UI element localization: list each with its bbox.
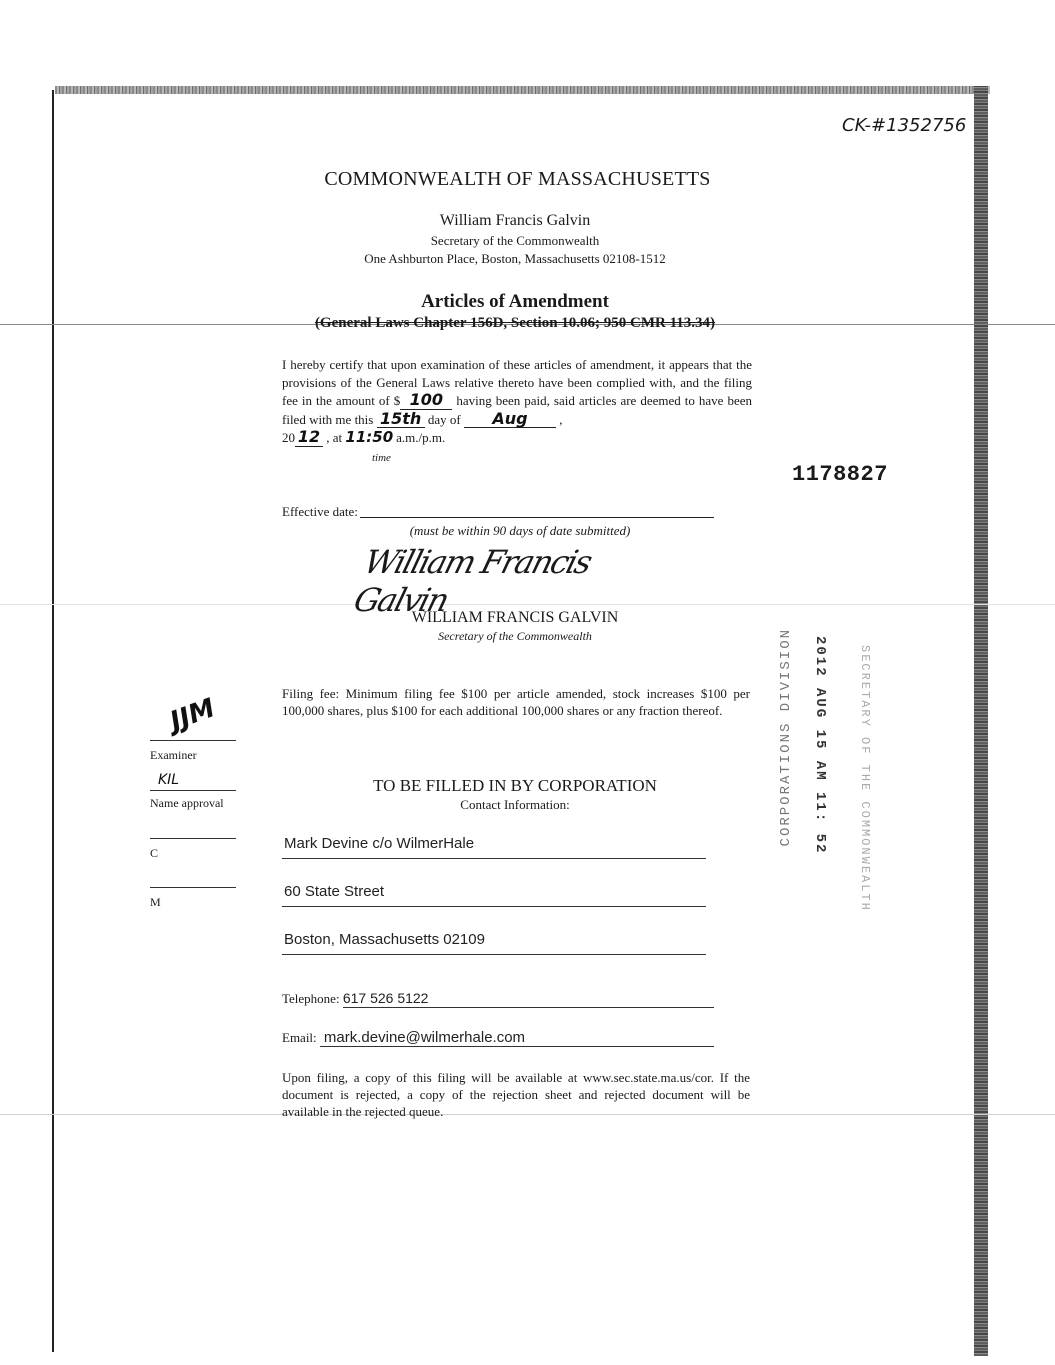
name-approval-label: Name approval [150, 796, 224, 811]
name-approval-initials: KIL [158, 772, 179, 788]
contact-info-label: Contact Information: [300, 797, 730, 813]
m-line[interactable] [150, 887, 236, 888]
city-state-zip-field[interactable]: Boston, Massachusetts 02109 [284, 931, 485, 948]
am-pm-label: a.m./p.m. [396, 430, 445, 445]
received-stamp-division: CORPORATIONS DIVISION [778, 628, 794, 846]
form-title: Articles of Amendment [300, 291, 730, 313]
effective-date-field[interactable] [360, 517, 714, 518]
effective-date-note: (must be within 90 days of date submitte… [330, 523, 710, 539]
contact-name-field[interactable]: Mark Devine c/o WilmerHale [284, 835, 474, 852]
m-label: M [150, 895, 161, 910]
street-field[interactable]: 60 State Street [284, 883, 384, 900]
filing-fee-note: Filing fee: Minimum filing fee $100 per … [282, 685, 750, 719]
email-field[interactable]: mark.devine@wilmerhale.com [324, 1029, 525, 1046]
scan-border-left [52, 90, 54, 1352]
fee-amount-field[interactable]: 100 [400, 391, 452, 410]
document-title: COMMONWEALTH OF MASSACHUSETTS [200, 168, 835, 191]
month-field[interactable]: Aug [464, 410, 556, 429]
cert-text: day of [425, 412, 464, 427]
secretary-title: Secretary of the Commonwealth [300, 233, 730, 249]
filing-availability-note: Upon filing, a copy of this filing will … [282, 1069, 750, 1120]
year-field[interactable]: 12 [295, 428, 323, 447]
cert-text: , at [323, 430, 345, 445]
examiner-line[interactable] [150, 740, 236, 741]
telephone-row: Telephone: 617 526 5122 [282, 990, 428, 1007]
email-label: Email: [282, 1030, 317, 1045]
examiner-initials: JJM [166, 693, 219, 737]
street-line [282, 906, 706, 907]
c-line[interactable] [150, 838, 236, 839]
scan-border-top [55, 86, 990, 94]
certification-paragraph: I hereby certify that upon examination o… [282, 356, 752, 447]
year-prefix: 20 [282, 430, 295, 445]
telephone-line [343, 1007, 714, 1008]
examiner-label: Examiner [150, 748, 197, 763]
received-stamp-datetime: 2012 AUG 15 AM 11: 52 [812, 636, 828, 854]
form-subtitle: (General Laws Chapter 156D, Section 10.0… [250, 315, 780, 332]
signer-title: Secretary of the Commonwealth [300, 629, 730, 644]
filing-number-stamp: 1178827 [792, 462, 888, 487]
effective-date-label: Effective date: [282, 504, 358, 520]
received-stamp-secretary: SECRETARY OF THE COMMONWEALTH [858, 645, 872, 912]
handwritten-case-note: CK-#1352756 [842, 115, 966, 136]
time-label: time [372, 452, 391, 464]
name-approval-line[interactable] [150, 790, 236, 791]
email-line [320, 1046, 714, 1047]
handwritten-signature: William Francis Galvin [350, 543, 660, 619]
office-address: One Ashburton Place, Boston, Massachuset… [300, 251, 730, 267]
corporation-heading: TO BE FILLED IN BY CORPORATION [300, 776, 730, 796]
c-label: C [150, 846, 158, 861]
secretary-name: William Francis Galvin [300, 212, 730, 230]
signer-name: WILLIAM FRANCIS GALVIN [300, 609, 730, 627]
scan-border-right [974, 86, 988, 1356]
telephone-field[interactable]: 617 526 5122 [343, 990, 429, 1006]
time-field[interactable]: 11:50 [345, 428, 393, 446]
contact-name-line [282, 858, 706, 859]
cert-text: , [556, 412, 563, 427]
email-row: Email: mark.devine@wilmerhale.com [282, 1029, 525, 1046]
day-field[interactable]: 15th [377, 410, 425, 429]
telephone-label: Telephone: [282, 991, 340, 1006]
city-line [282, 954, 706, 955]
